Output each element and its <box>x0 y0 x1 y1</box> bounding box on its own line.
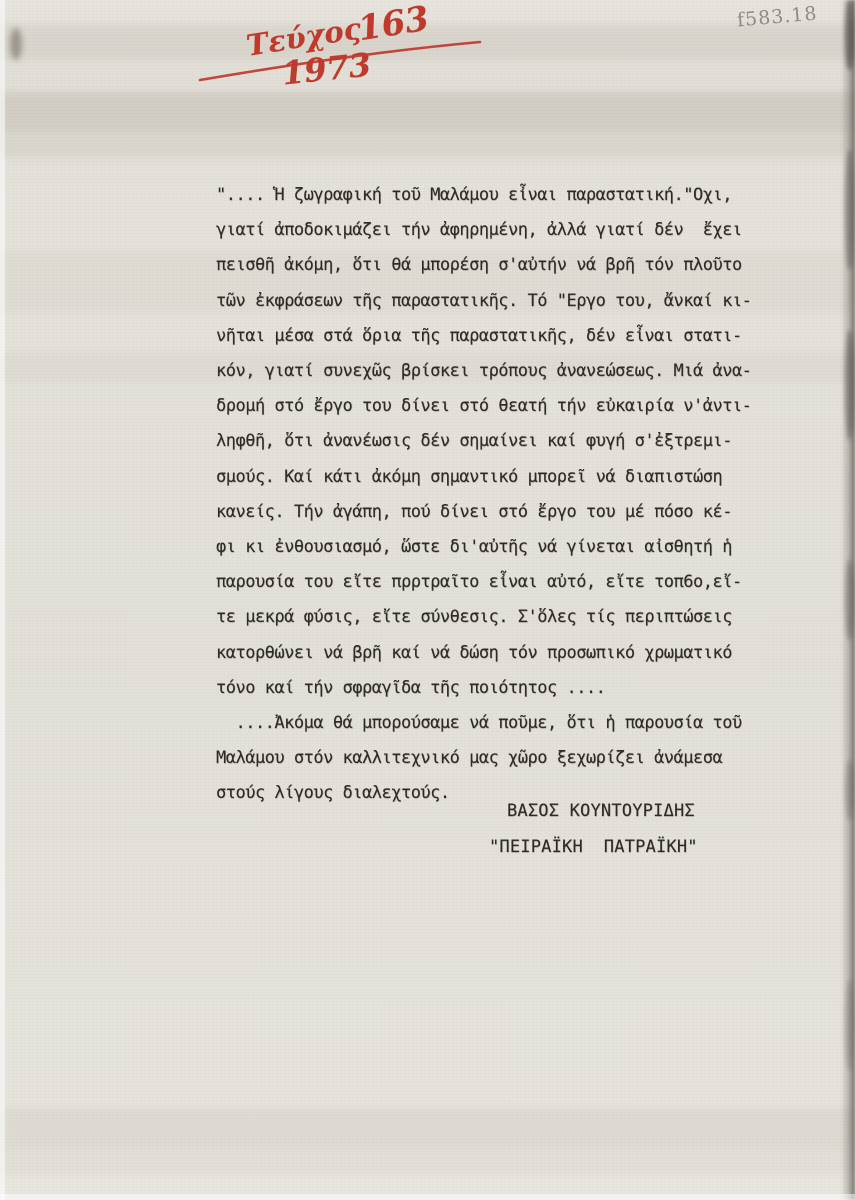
text-line: κανείς. Τήν ἀγάπη, πού δίνει στό ἔργο το… <box>216 495 776 530</box>
edge-smudge <box>845 980 854 1070</box>
archive-code-pencil-note: f583.18 <box>736 3 818 32</box>
text-line: τῶν ἐκφράσεων τῆς παραστατικῆς. Τό "Εργο… <box>216 284 776 319</box>
text-line: τε μεκρά φύσις, εἴτε σύνθεσις. Σ'ὅλες τί… <box>216 600 776 635</box>
text-line: τόνο καί τήν σφραγῖδα τῆς ποιότητος .... <box>216 671 776 706</box>
text-line: πεισθῆ ἀκόμη, ὅτι θά μπορέση σ'αὐτήν νά … <box>216 248 776 283</box>
typewritten-text-block: ".... Ἡ ζωγραφική τοῦ Μαλάμου εἶναι παρα… <box>216 178 776 812</box>
text-line: γιατί ἀποδοκιμάζει τήν ἀφηρημένη, ἀλλά γ… <box>216 213 776 248</box>
text-line: ληφθῆ, ὅτι ἀνανέωσις δέν σημαίνει καί φυ… <box>216 424 776 459</box>
scan-streak <box>0 132 855 158</box>
text-line: ....Ἀκόμα θά μπορούσαμε νά ποῦμε, ὅτι ἡ … <box>216 706 776 741</box>
edge-smudge <box>845 330 854 440</box>
text-line: παρουσία του εἴτε πρρτραῖτο εἶναι αὐτό, … <box>216 565 776 600</box>
signature-organization: "ΠΕΙΡΑΪΚΗ ΠΑΤΡΑΪΚΗ" <box>489 837 698 857</box>
scanned-document-page: Τεύχος 163 1973 f583.18 ".... Ἡ ζωγραφικ… <box>0 0 855 1200</box>
bottom-page-edge <box>0 1194 855 1200</box>
year-handwriting: 1973 <box>280 45 373 92</box>
signature-name: ΒΑΣΟΣ ΚΟΥΝΤΟΥΡΙΔΗΣ <box>507 801 695 821</box>
edge-smudge <box>845 0 854 70</box>
text-line: νῆται μέσα στά ὅρια τῆς παραστατικῆς, δέ… <box>216 319 776 354</box>
text-line: ".... Ἡ ζωγραφική τοῦ Μαλάμου εἶναι παρα… <box>216 178 776 213</box>
scan-streak <box>0 1156 855 1174</box>
top-left-ink-smudge <box>10 28 22 60</box>
edge-smudge <box>845 150 854 270</box>
text-line: Μαλάμου στόν καλλιτεχνικό μας χῶρο ξεχωρ… <box>216 741 776 776</box>
text-line: φι κι ἐνθουσιασμό, ὥστε δι'αὐτῆς νά γίνε… <box>216 530 776 565</box>
issue-number-handwriting: 163 <box>355 0 431 49</box>
edge-smudge <box>845 560 854 640</box>
text-line: κόν, γιατί συνεχῶς βρίσκει τρόπους ἀνανε… <box>216 354 776 389</box>
text-line: σμούς. Καί κάτι ἀκόμη σημαντικό μπορεῖ ν… <box>216 460 776 495</box>
text-line: δρομή στό ἔργο του δίνει στό θεατή τήν ε… <box>216 389 776 424</box>
scan-streak <box>0 1108 855 1154</box>
edge-smudge <box>845 760 854 820</box>
left-page-edge <box>0 0 5 1200</box>
scan-streak <box>0 92 855 132</box>
text-line: κατορθώνει νά βρῆ καί νά δώση τόν προσωπ… <box>216 636 776 671</box>
